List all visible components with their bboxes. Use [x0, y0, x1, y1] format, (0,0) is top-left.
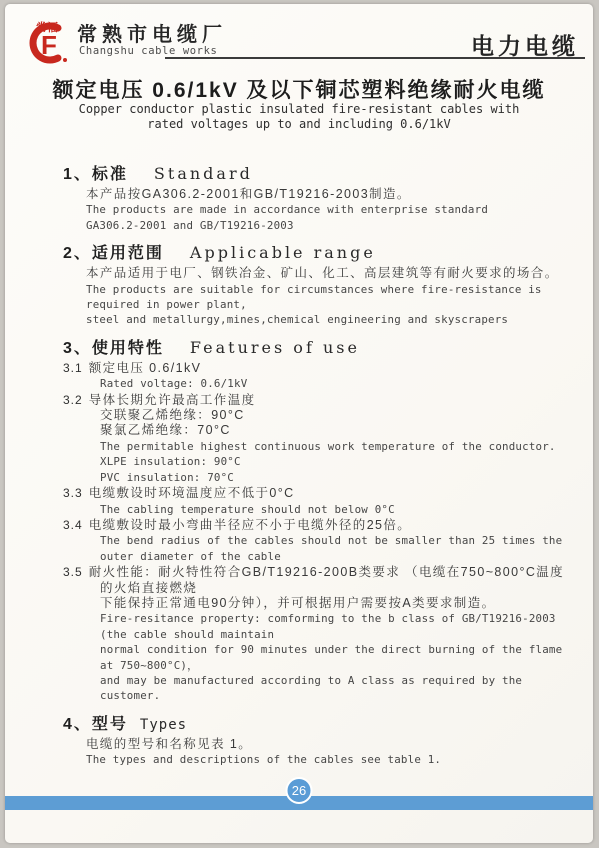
paragraph-line: steel and metallurgy,mines,chemical engi… [63, 312, 568, 327]
page-title-en-line2: rated voltages up to and including 0.6/1… [5, 117, 593, 132]
paragraph-line: The types and descriptions of the cables… [63, 752, 568, 767]
section-3-heading: 3、 使用特性 Features of use [63, 335, 568, 358]
feature-3-2: 3.2导体长期允许最高工作温度 [63, 393, 568, 408]
svg-text:F: F [41, 30, 57, 60]
page: F 常福 常熟市电缆厂 Changshu cable works 电力电缆 额定… [5, 4, 593, 843]
feature-3-5-en-line: normal condition for 90 minutes under th… [63, 642, 568, 673]
feature-3-4-en: The bend radius of the cables should not… [63, 533, 568, 564]
section-title-en: Applicable range [190, 243, 376, 262]
paragraph-line: The products are made in accordance with… [63, 202, 568, 217]
feature-3-1: 3.1额定电压 0.6/1kV [63, 361, 568, 376]
page-title-en: Copper conductor plastic insulated fire-… [5, 102, 593, 131]
section-title-cn: 适用范围 [92, 240, 164, 263]
svg-text:常福: 常福 [36, 20, 58, 34]
section-number: 3、 [63, 335, 92, 358]
feature-number: 3.5 [63, 565, 89, 579]
section-number: 4、 [63, 711, 92, 734]
section-title-cn: 使用特性 [92, 335, 164, 358]
page-title-en-line1: Copper conductor plastic insulated fire-… [5, 102, 593, 117]
feature-3-2-cn-line: 聚氯乙烯绝缘：70°C [63, 423, 568, 438]
feature-3-2-en-line: PVC insulation: 70°C [63, 470, 568, 485]
section-2-heading: 2、 适用范围 Applicable range [63, 240, 568, 263]
company-name-en: Changshu cable works [79, 45, 217, 57]
page-title-cn: 额定电压 0.6/1kV 及以下铜芯塑料绝缘耐火电缆 [5, 74, 593, 104]
scanned-catalog-page: { "colors": { "brand_red": "#c8281e", "f… [0, 0, 599, 848]
feature-text-cn: 电缆敷设时环境温度应不低于0°C [89, 486, 295, 500]
paragraph-line: 本产品按GA306.2-2001和GB/T19216-2003制造。 [63, 187, 568, 202]
feature-3-3-en: The cabling temperature should not below… [63, 502, 568, 517]
paragraph-line: 电缆的型号和名称见表 1。 [63, 737, 568, 752]
company-name-cn: 常熟市电缆厂 [77, 18, 227, 47]
product-category: 电力电缆 [471, 28, 579, 61]
feature-text-cn: 额定电压 0.6/1kV [89, 361, 202, 375]
feature-3-2-en-line: The permitable highest continuous work t… [63, 439, 568, 454]
feature-3-5: 3.5耐火性能：耐火特性符合GB/T19216-200B类要求 （电缆在750~… [63, 565, 568, 596]
feature-3-2-cn-line: 交联聚乙烯绝缘：90°C [63, 408, 568, 423]
page-number-badge: 26 [286, 777, 313, 804]
section-4-heading: 4、 型号 Types [63, 711, 568, 734]
company-logo: F 常福 [21, 17, 73, 65]
feature-number: 3.3 [63, 486, 89, 500]
feature-3-5-en-line: Fire-resitance property: comforming to t… [63, 611, 568, 642]
section-title-en: Types [140, 717, 187, 733]
feature-text-cn: 耐火性能：耐火特性符合GB/T19216-200B类要求 （电缆在750~800… [89, 565, 564, 594]
feature-text-cn: 电缆敷设时最小弯曲半径应不小于电缆外径的25倍。 [89, 518, 412, 532]
feature-text-cn: 导体长期允许最高工作温度 [89, 393, 256, 407]
feature-number: 3.1 [63, 361, 89, 375]
feature-3-5-cn-line: 下能保持正常通电90分钟），并可根据用户需要按A类要求制造。 [63, 596, 568, 611]
feature-3-4: 3.4电缆敷设时最小弯曲半径应不小于电缆外径的25倍。 [63, 518, 568, 533]
section-number: 1、 [63, 161, 92, 184]
section-title-en: Features of use [190, 338, 360, 357]
feature-3-1-en: Rated voltage: 0.6/1kV [63, 376, 568, 391]
feature-3-3: 3.3电缆敷设时环境温度应不低于0°C [63, 486, 568, 501]
feature-3-2-en-line: XLPE insulation: 90°C [63, 454, 568, 469]
section-title-en: Standard [154, 164, 253, 183]
cf-logo-icon: F 常福 [21, 17, 73, 65]
document-body: 1、 标准 Standard 本产品按GA306.2-2001和GB/T1921… [63, 154, 568, 768]
section-title-cn: 标准 [92, 161, 128, 184]
paragraph-line: GA306.2-2001 and GB/T19216-2003 [63, 218, 568, 233]
feature-3-5-en-line: and may be manufactured according to A c… [63, 673, 568, 704]
paragraph-line: The products are suitable for circumstan… [63, 282, 568, 313]
feature-number: 3.4 [63, 518, 89, 532]
paragraph-line: 本产品适用于电厂、钢铁冶金、矿山、化工、高层建筑等有耐火要求的场合。 [63, 266, 568, 281]
section-number: 2、 [63, 240, 92, 263]
section-1-heading: 1、 标准 Standard [63, 161, 568, 184]
section-title-cn: 型号 [92, 711, 128, 734]
feature-number: 3.2 [63, 393, 89, 407]
